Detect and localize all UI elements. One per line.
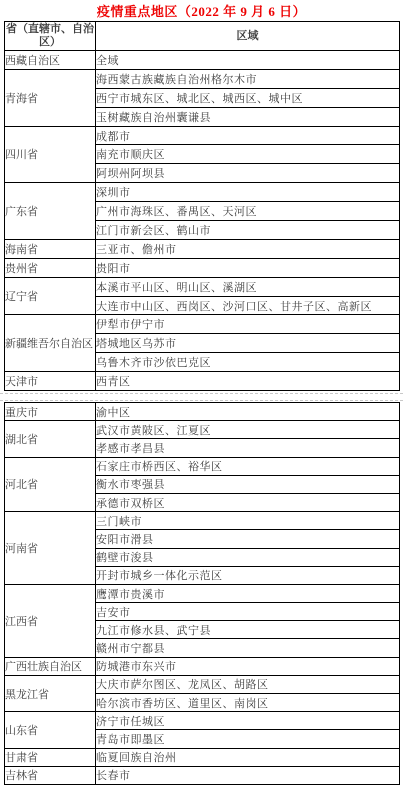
region-cell: 深圳市 xyxy=(96,183,400,202)
epidemic-regions-table-page2: 重庆市渝中区湖北省武汉市黄陂区、江夏区孝感市孝昌县河北省石家庄市桥西区、裕华区衡… xyxy=(4,402,400,785)
region-cell: 长春市 xyxy=(96,766,400,784)
province-cell: 西藏自治区 xyxy=(5,51,96,70)
region-cell: 承德市双桥区 xyxy=(96,493,400,511)
page-break-divider xyxy=(0,393,403,401)
region-cell: 安阳市滑县 xyxy=(96,530,400,548)
table-row: 广西壮族自治区防城港市东兴市 xyxy=(5,657,400,675)
table-row: 四川省成都市 xyxy=(5,126,400,145)
province-cell: 重庆市 xyxy=(5,403,96,421)
province-cell: 广西壮族自治区 xyxy=(5,657,96,675)
province-cell: 天津市 xyxy=(5,372,96,391)
province-cell: 河北省 xyxy=(5,457,96,512)
page-title: 疫情重点地区（2022 年 9 月 6 日） xyxy=(0,0,403,21)
region-cell: 防城港市东兴市 xyxy=(96,657,400,675)
province-cell: 四川省 xyxy=(5,126,96,183)
region-cell: 哈尔滨市香坊区、道里区、南岗区 xyxy=(96,694,400,712)
table-row: 西藏自治区全域 xyxy=(5,51,400,70)
province-cell: 青海省 xyxy=(5,69,96,126)
epidemic-regions-table-page1: 省（直辖市、自治区） 区域 西藏自治区全域青海省海西蒙古族藏族自治州格尔木市西宁… xyxy=(4,21,400,391)
table-row: 河北省石家庄市桥西区、裕华区 xyxy=(5,457,400,475)
region-cell: 贵阳市 xyxy=(96,258,400,277)
region-cell: 伊犁市伊宁市 xyxy=(96,315,400,334)
region-cell: 西青区 xyxy=(96,372,400,391)
province-cell: 广东省 xyxy=(5,183,96,240)
region-cell: 海西蒙古族藏族自治州格尔木市 xyxy=(96,69,400,88)
region-cell: 南充市顺庆区 xyxy=(96,145,400,164)
region-cell: 乌鲁木齐市沙依巴克区 xyxy=(96,353,400,372)
region-cell: 石家庄市桥西区、裕华区 xyxy=(96,457,400,475)
province-cell: 湖北省 xyxy=(5,421,96,457)
region-cell: 开封市城乡一体化示范区 xyxy=(96,566,400,584)
table-row: 青海省海西蒙古族藏族自治州格尔木市 xyxy=(5,69,400,88)
region-cell: 西宁市城东区、城北区、城西区、城中区 xyxy=(96,88,400,107)
table-row: 山东省济宁市任城区 xyxy=(5,712,400,730)
province-cell: 海南省 xyxy=(5,239,96,258)
table-row: 广东省深圳市 xyxy=(5,183,400,202)
table-row: 天津市西青区 xyxy=(5,372,400,391)
table-row: 重庆市渝中区 xyxy=(5,403,400,421)
region-cell: 吉安市 xyxy=(96,603,400,621)
region-cell: 孝感市孝昌县 xyxy=(96,439,400,457)
region-cell: 济宁市任城区 xyxy=(96,712,400,730)
province-column-header: 省（直辖市、自治区） xyxy=(5,22,96,51)
table-row: 江西省鹰潭市贵溪市 xyxy=(5,584,400,602)
region-cell: 青岛市即墨区 xyxy=(96,730,400,748)
table-row: 黑龙江省大庆市萨尔图区、龙凤区、胡路区 xyxy=(5,675,400,693)
region-cell: 渝中区 xyxy=(96,403,400,421)
region-cell: 三门峡市 xyxy=(96,512,400,530)
table-row: 湖北省武汉市黄陂区、江夏区 xyxy=(5,421,400,439)
region-cell: 广州市海珠区、番禺区、天河区 xyxy=(96,202,400,221)
region-cell: 玉树藏族自治州囊谦县 xyxy=(96,107,400,126)
province-cell: 辽宁省 xyxy=(5,277,96,315)
table-header-row: 省（直辖市、自治区） 区域 xyxy=(5,22,400,51)
table-row: 海南省三亚市、儋州市 xyxy=(5,239,400,258)
region-cell: 鹰潭市贵溪市 xyxy=(96,584,400,602)
region-cell: 三亚市、儋州市 xyxy=(96,239,400,258)
table-row: 贵州省贵阳市 xyxy=(5,258,400,277)
region-cell: 全域 xyxy=(96,51,400,70)
province-cell: 新疆维吾尔自治区 xyxy=(5,315,96,372)
region-cell: 塔城地区乌苏市 xyxy=(96,334,400,353)
region-cell: 鹤壁市浚县 xyxy=(96,548,400,566)
region-cell: 本溪市平山区、明山区、溪湖区 xyxy=(96,277,400,296)
region-cell: 赣州市宁都县 xyxy=(96,639,400,657)
province-cell: 河南省 xyxy=(5,512,96,585)
region-cell: 阿坝州阿坝县 xyxy=(96,164,400,183)
province-cell: 山东省 xyxy=(5,712,96,748)
table-row: 河南省三门峡市 xyxy=(5,512,400,530)
region-cell: 大连市中山区、西岗区、沙河口区、甘井子区、高新区 xyxy=(96,296,400,315)
table-row: 辽宁省本溪市平山区、明山区、溪湖区 xyxy=(5,277,400,296)
table-row: 新疆维吾尔自治区伊犁市伊宁市 xyxy=(5,315,400,334)
table-row: 甘肃省临夏回族自治州 xyxy=(5,748,400,766)
province-cell: 甘肃省 xyxy=(5,748,96,766)
region-cell: 九江市修水县、武宁县 xyxy=(96,621,400,639)
province-cell: 黑龙江省 xyxy=(5,675,96,711)
province-cell: 吉林省 xyxy=(5,766,96,784)
region-cell: 衡水市枣强县 xyxy=(96,475,400,493)
region-cell: 武汉市黄陂区、江夏区 xyxy=(96,421,400,439)
table-row: 吉林省长春市 xyxy=(5,766,400,784)
region-cell: 大庆市萨尔图区、龙凤区、胡路区 xyxy=(96,675,400,693)
region-cell: 江门市新会区、鹤山市 xyxy=(96,221,400,240)
region-column-header: 区域 xyxy=(96,22,400,51)
region-cell: 成都市 xyxy=(96,126,400,145)
province-cell: 江西省 xyxy=(5,584,96,657)
province-cell: 贵州省 xyxy=(5,258,96,277)
region-cell: 临夏回族自治州 xyxy=(96,748,400,766)
